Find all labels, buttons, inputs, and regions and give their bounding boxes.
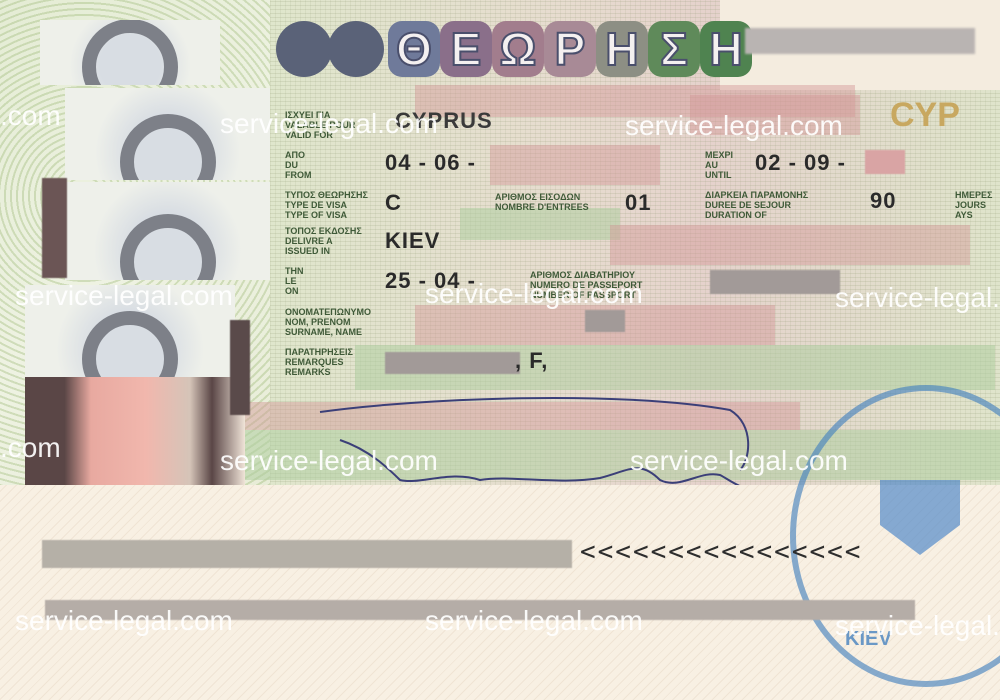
value-from: 04 - 06 - (385, 150, 476, 176)
value-entries: 01 (625, 190, 651, 216)
redacted-visa-number (745, 28, 975, 54)
watermark: service-legal.com (835, 282, 1000, 314)
security-band (610, 225, 970, 265)
label-until: ΜΕΧΡΙAUUNTIL (705, 150, 733, 180)
mrz-line1-fillers: <<<<<<<<<<<<<<<< (580, 537, 862, 567)
label-remarks: ΠΑΡΑΤΗΡΗΣΕΙΣREMARQUESREMARKS (285, 347, 353, 377)
value-duration: 90 (870, 188, 896, 214)
watermark: service-legal.com (835, 610, 1000, 642)
label-duration: ΔΙΑΡΚΕΙΑ ΠΑΡΑΜΟΝΗΣDUREE DE SEJOURDURATIO… (705, 190, 808, 220)
watermark: service-legal.com (625, 110, 843, 142)
redacted-area (42, 178, 67, 278)
redacted-year (865, 150, 905, 174)
value-remarks: , F, (515, 348, 548, 374)
redacted-name (585, 310, 625, 332)
redacted-passport-number (710, 270, 840, 294)
title-letter: Ω (492, 21, 544, 77)
globe-dome-icon (120, 114, 216, 180)
value-until: 02 - 09 - (755, 150, 846, 176)
label-issued-in: ΤΟΠΟΣ ΕΚΔΟΣΗΣDELIVRE AISSUED IN (285, 226, 362, 256)
watermark: .com (0, 432, 61, 464)
watermark: service-legal.com (425, 605, 643, 637)
watermark: .com (0, 100, 61, 132)
label-days: ΗΜΕΡΕΣJOURSAYS (955, 190, 992, 220)
watermark: service-legal.com (15, 280, 233, 312)
security-band (490, 145, 660, 185)
title-letter: Θ (388, 21, 440, 77)
title-ornament-icon (276, 21, 332, 77)
globe-dome-icon (82, 20, 178, 85)
label-on: ΤΗΝLEON (285, 266, 304, 296)
watermark: service-legal.com (630, 445, 848, 477)
title-letter: Η (596, 21, 648, 77)
label-from: ΑΠΟDUFROM (285, 150, 312, 180)
label-entries: ΑΡΙΘΜΟΣ ΕΙΣΟΔΩΝNOMBRE D'ENTREES (495, 192, 589, 212)
redacted-mrz-line1 (42, 540, 572, 568)
title-letter: Ρ (544, 21, 596, 77)
title-letter: Ε (440, 21, 492, 77)
country-code: CYP (890, 96, 960, 135)
label-surname-name: ΟΝΟΜΑΤΕΠΩΝΥΜΟNOM, PRENOMSURNAME, NAME (285, 307, 371, 337)
label-type-of-visa: ΤΥΠΟΣ ΘΕΩΡΗΣΗΣTYPE DE VISATYPE OF VISA (285, 190, 368, 220)
redacted-area (230, 320, 250, 415)
security-emblem-image (40, 20, 220, 85)
watermark: service-legal.com (220, 445, 438, 477)
visa-title: Θ Ε Ω Ρ Η Σ Η (276, 18, 752, 80)
title-letter: Σ (648, 21, 700, 77)
watermark: service-legal.com (15, 605, 233, 637)
watermark: service-legal.com (220, 108, 438, 140)
title-ornament-icon (328, 21, 384, 77)
globe-dome-icon (82, 311, 178, 377)
security-emblem-image (65, 182, 270, 280)
value-issued-in: KIEV (385, 228, 440, 254)
value-type-of-visa: C (385, 190, 402, 216)
redacted-portrait (25, 377, 245, 485)
globe-dome-icon (120, 214, 216, 280)
security-band (460, 208, 620, 240)
watermark: service-legal.com (425, 278, 643, 310)
redacted-remarks (385, 352, 520, 374)
